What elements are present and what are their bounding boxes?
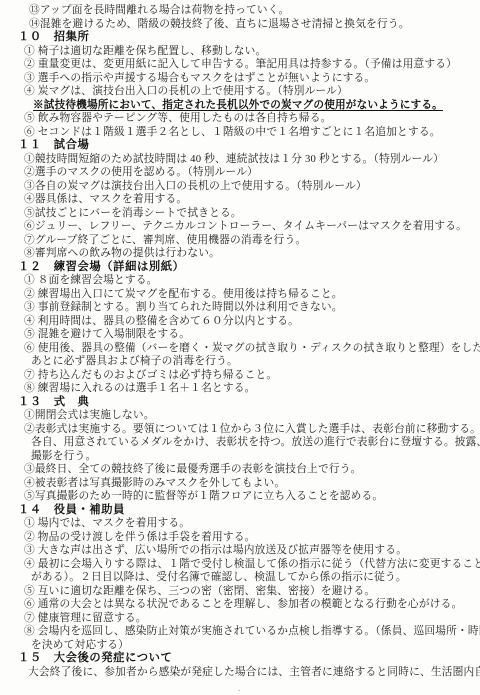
doc-line: ④器具係は、マスクを着用する。 <box>0 193 480 207</box>
doc-line: ① ８面を練習会場とする。 <box>0 274 480 288</box>
doc-line: ④ 利用時間は、器具の整備を含めて６０分以内とする。 <box>0 315 480 329</box>
doc-line: ① 椅子は適切な距離を保ち配置し、移動しない。 <box>0 45 480 59</box>
doc-line: ⑤ 混雑を避けて入場制限をする。 <box>0 328 480 342</box>
doc-line: ⑭混雑を避けるため、階級の競技終了後、直ちに退場させ清掃と換気を行う。 <box>0 18 480 32</box>
doc-paragraph-line: 大会終了後に、参加者から感染が発症した場合には、主管者に連絡すると同時に、生活圏… <box>0 666 480 680</box>
doc-line: ③ 大きな声は出さず、広い場所での指示は場内放送及び拡声器等を使用する。 <box>0 544 480 558</box>
doc-line: ⑥ジュリー、レフリー、テクニカルコントローラー、タイムキーパーはマスクを着用する… <box>0 220 480 234</box>
doc-line-continuation: あとに必ず器具および椅子の消毒を行う。 <box>0 355 480 369</box>
section-heading: １１ 試合場 <box>0 139 480 153</box>
doc-line: ②表彰式は実施する。要領については１位から３位に入賞した選手は、表彰台前に移動す… <box>0 423 480 437</box>
doc-line: ①開閉会式は実施しない。 <box>0 409 480 423</box>
doc-line: ⑤ 互いに適切な距離を保ち、三つの密（密閉、密集、密接）を避ける。 <box>0 585 480 599</box>
doc-line: ⑥ 使用後、器具の整備（バーを磨く・炭マグの拭き取り・ディスクの拭き取りと整理）… <box>0 342 480 356</box>
doc-line: ⑦ 健康管理に留意する。 <box>0 612 480 626</box>
section-heading: １２ 練習会場（詳細は別紙） <box>0 261 480 275</box>
doc-line: ① 場内では、マスクを着用する。 <box>0 517 480 531</box>
doc-line-continuation: を決めて対応する） <box>0 639 480 653</box>
doc-line: ③最終日、全ての競技終了後に最優秀選手の表彰を演技台上で行う。 <box>0 463 480 477</box>
doc-line: ⑧ 会場内を巡回し、感染防止対策が実施されているか点検し指導する。（係員、巡回場… <box>0 625 480 639</box>
section-heading: １３ 式 典 <box>0 396 480 410</box>
doc-line: ④ 炭マグは、演技台出入口の長机の上で使用する。（特別ルール） <box>0 85 480 99</box>
section-heading: １５ 大会後の発症について <box>0 652 480 666</box>
doc-line: ⑧審判席への飲み物の提供は行わない。 <box>0 247 480 261</box>
doc-line-continuation: 各自、用意されているメダルをかけ、表彰状を持つ。放送の進行で表彰台に登壇する。披… <box>0 436 480 450</box>
doc-line: ⑤ 飲み物容器やテーピング等、使用したものは各自持ち帰る。 <box>0 112 480 126</box>
document-content: ⑬アップ面を長時間離れる場合は荷物を持っていく。⑭混雑を避けるため、階級の競技終… <box>0 4 480 679</box>
doc-line: ⑤写真撮影のため一時的に監督等が１階フロアに立ち入ることを認める。 <box>0 490 480 504</box>
doc-line-continuation: がある）。２日目以降は、受付名簿で確認し、検温してから係の指示に従う。 <box>0 571 480 585</box>
doc-line: ⑧ 練習場に入れるのは選手１名＋１名とする。 <box>0 382 480 396</box>
doc-line: ③ 選手への指示や声援する場合もマスクをはずことが無いようにする。 <box>0 72 480 86</box>
page-footer-mark: . <box>234 683 244 693</box>
doc-line: ④被表彰者は写真撮影時のみマスクを外してもよい。 <box>0 477 480 491</box>
doc-line: ② 練習場出入口にて炭マグを配布する。使用後は持ち帰ること。 <box>0 288 480 302</box>
document-page: ⑬アップ面を長時間離れる場合は荷物を持っていく。⑭混雑を避けるため、階級の競技終… <box>0 0 480 695</box>
doc-line: ⑦グループ終了ごとに、審判席、使用機器の消毒を行う。 <box>0 234 480 248</box>
doc-line: ⑦ 持ち込んだものおよびゴミは必ず持ち帰ること。 <box>0 369 480 383</box>
doc-line: ①競技時間短縮のため試技時間は 40 秒、連続試技は１分 30 秒とする。（特別… <box>0 153 480 167</box>
doc-line: ② 物品の受け渡しを伴う係は手袋を着用する。 <box>0 531 480 545</box>
doc-line: ③各自の炭マグは演技台出入口の長机の上で使用する。（特別ルール） <box>0 180 480 194</box>
section-heading: １０ 招集所 <box>0 31 480 45</box>
doc-line: ⑤試技ごとにバーを消毒シートで拭きとる。 <box>0 207 480 221</box>
doc-line: ⑥ 通常の大会とは異なる状況であることを理解し、参加者の模範となる行動を心がける… <box>0 598 480 612</box>
doc-line: ④ 最初に会場入りする際は、１階で受付し検温して係の指示に従う（代替方法に変更す… <box>0 558 480 572</box>
special-rule-note: ※試技待機場所において、指定された長机以外での炭マグの使用がないようにする。 <box>0 99 480 113</box>
doc-line: ⑥ セコンドは１階級１選手２名とし、１階級の中で１名増すごとに１名追加とする。 <box>0 126 480 140</box>
section-heading: １４ 役員・補助員 <box>0 504 480 518</box>
doc-line: ② 重量変更は、変更用紙に記入して申告する。筆記用具は持参する。（予備は用意する… <box>0 58 480 72</box>
doc-line: ③ 事前登録制とする。割り当てられた時間以外は利用できない。 <box>0 301 480 315</box>
doc-line-continuation: 撮影を行う。 <box>0 450 480 464</box>
doc-line: ⑬アップ面を長時間離れる場合は荷物を持っていく。 <box>0 4 480 18</box>
doc-line: ②選手のマスクの使用を認める。（特別ルール） <box>0 166 480 180</box>
